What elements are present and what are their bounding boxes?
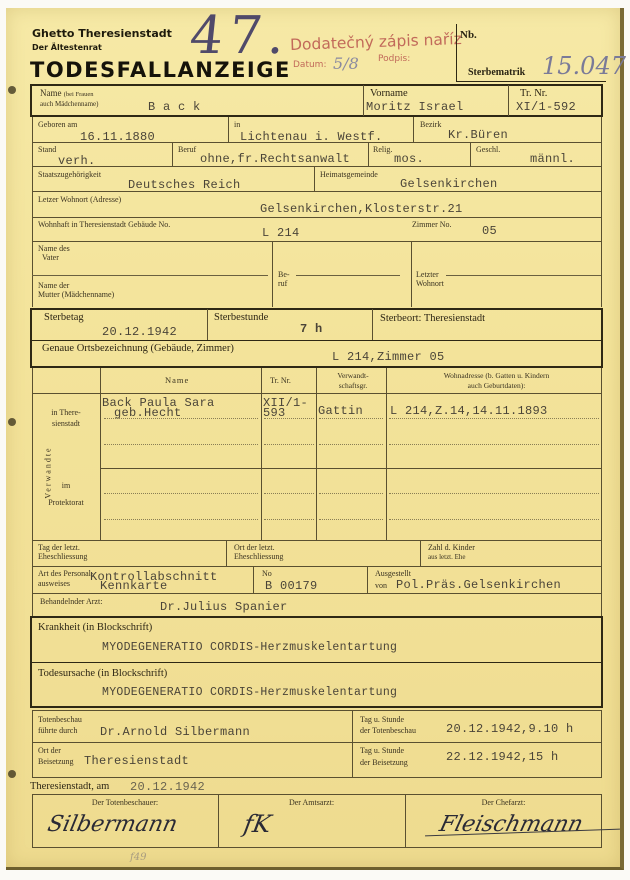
divider — [228, 117, 229, 142]
ort-beisetzung-label-1: Ort der — [38, 746, 61, 755]
geboren-label: Geboren am — [38, 120, 77, 129]
tag-beisetzung-value: 22.12.1942,15 h — [446, 750, 559, 764]
sterbetag-value: 20.12.1942 — [102, 325, 177, 339]
pencil-mark: f49 — [130, 852, 146, 863]
bezirk-value: Kr.Büren — [448, 128, 508, 142]
mutter-label-2: Mutter (Mädchenname) — [38, 290, 114, 299]
beruf-label: Beruf — [178, 145, 196, 154]
sterbestunde-label: Sterbestunde — [214, 312, 268, 324]
dotted-line — [104, 519, 258, 520]
row-line — [32, 742, 602, 743]
name-label-line2: auch Mädchenname) — [40, 100, 99, 109]
art-ausweis-value-2: Kennkarte — [100, 579, 168, 593]
vater-label-2: Vater — [42, 253, 59, 262]
row-line — [32, 710, 602, 711]
stamp-podpis-label: Podpis: — [378, 54, 410, 64]
stand-label: Stand — [38, 145, 56, 154]
left-border — [32, 540, 33, 618]
wohnhaft-label: Wohnhaft in Theresienstadt Gebäude No. — [38, 220, 170, 229]
right-border — [601, 117, 602, 307]
divider — [226, 540, 227, 566]
dotted-line — [104, 444, 258, 445]
ort-eheschliessung-label-2: Eheschliessung — [234, 552, 283, 561]
place-date-value: 20.12.1942 — [130, 780, 205, 794]
row-line — [32, 166, 602, 167]
signature-totenbeschauer: Silbermann — [45, 812, 179, 837]
trnr-label: Tr. Nr. — [520, 88, 547, 100]
geschl-value: männl. — [530, 152, 575, 166]
behandelnder-arzt-value: Dr.Julius Spanier — [160, 600, 288, 614]
col-header-wohn-1: Wohnadresse (b. Gatten u. Kindern — [394, 371, 599, 380]
punch-hole — [8, 86, 16, 94]
row-line — [32, 540, 602, 541]
dotted-line — [264, 519, 314, 520]
divider — [420, 540, 421, 566]
name-label: Name (bei Frauen — [40, 89, 94, 99]
signature-amtsarzt: fK — [242, 810, 274, 838]
divider — [368, 142, 369, 166]
row-line — [32, 393, 602, 394]
header-divider — [456, 24, 457, 82]
divider — [172, 142, 173, 166]
ausgestellt-label-2: von — [375, 581, 387, 590]
dotted-line — [104, 418, 258, 419]
kinder-label-2: aus letzt. Ehe — [428, 553, 466, 562]
col-header-verw-2: schaftsgr. — [328, 381, 378, 390]
dotted-line — [104, 493, 258, 494]
wohnhaft-value: L 214 — [262, 226, 300, 240]
art-ausweis-label-1: Art des Personal- — [38, 569, 94, 578]
id-no-label: No — [262, 569, 272, 578]
ausgestellt-value: Pol.Präs.Gelsenkirchen — [396, 578, 561, 592]
dotted-line — [389, 418, 599, 419]
parents-wohnort-label-1: Letzter — [416, 270, 439, 279]
krankheit-label: Krankheit (in Blockschrift) — [38, 622, 152, 634]
col-header-name: Name — [165, 376, 189, 385]
tag-beschau-label-2: der Totenbeschau — [360, 726, 416, 735]
trnr-value: XI/1-592 — [516, 100, 576, 114]
name-value: B a c k — [148, 100, 201, 114]
bezirk-label: Bezirk — [420, 120, 441, 129]
tag-eheschliessung-label-2: Eheschliessung — [38, 552, 87, 561]
tag-beschau-label-1: Tag u. Stunde — [360, 715, 404, 724]
dotted-line — [319, 444, 383, 445]
row-line — [296, 275, 400, 276]
vorname-value: Moritz Israel — [366, 100, 464, 114]
name-label-main: Name — [40, 88, 62, 98]
no-label: Nb. — [460, 29, 477, 41]
kinder-label-1: Zahl d. Kinder — [428, 543, 475, 552]
tag-beschau-value: 20.12.1942,9.10 h — [446, 722, 574, 736]
place-date-label: Theresienstadt, am — [30, 781, 109, 793]
right-border — [601, 710, 602, 777]
dotted-line — [264, 444, 314, 445]
staat-value: Deutsches Reich — [128, 178, 241, 192]
row-line — [446, 275, 601, 276]
divider — [508, 85, 509, 116]
tag-beisetzung-label-2: der Beisetzung — [360, 758, 408, 767]
group-theresienstadt-1: in There- — [34, 408, 98, 417]
row-line — [32, 275, 268, 276]
krankheit-value: MYODEGENERATIO CORDIS-Herzmuskelentartun… — [102, 641, 397, 654]
sterbestunde-value: 7 h — [300, 322, 323, 336]
zimmer-label: Zimmer No. — [412, 220, 452, 229]
row-line — [31, 662, 602, 663]
vorname-label: Vorname — [370, 88, 408, 100]
stamp-datum-label: Datum: — [293, 60, 326, 70]
divider — [207, 309, 208, 340]
row-line — [32, 241, 602, 242]
sterbeort-label: Sterbeort: Theresienstadt — [380, 313, 485, 325]
sig-chefarzt-label: Der Chefarzt: — [405, 798, 602, 807]
org-council: Der Ältestenrat — [32, 43, 102, 52]
id-no-value: B 00179 — [265, 579, 318, 593]
divider — [363, 85, 364, 116]
row-line — [32, 191, 602, 192]
verwandte-side-label: Verwandte — [44, 446, 53, 498]
divider — [411, 241, 412, 307]
heimat-label: Heimatsgemeinde — [320, 170, 378, 179]
row-line — [32, 217, 602, 218]
ort-beisetzung-value: Theresienstadt — [84, 754, 189, 768]
group-protektorat-2: Protektorat — [34, 498, 98, 507]
dotted-line — [319, 418, 383, 419]
genaue-label: Genaue Ortsbezeichnung (Gebäude, Zimmer) — [42, 343, 234, 355]
sig-totenbeschauer-label: Der Totenbeschauer: — [32, 798, 218, 807]
relative-adresse: L 214,Z.14,14.11.1893 — [390, 404, 548, 418]
todesursache-value: MYODEGENERATIO CORDIS-Herzmuskelentartun… — [102, 686, 397, 699]
dotted-line — [264, 493, 314, 494]
relative-verw: Gattin — [318, 404, 363, 418]
row-line — [32, 593, 602, 594]
row-line — [32, 566, 602, 567]
letzter-wohnort-label: Letzer Wohnort (Adresse) — [38, 195, 121, 204]
row-line — [32, 142, 602, 143]
divider — [367, 566, 368, 593]
art-ausweis-label-2: ausweises — [38, 579, 70, 588]
parents-beruf-label-1: Be- — [278, 270, 290, 279]
divider — [253, 566, 254, 593]
behandelnder-arzt-label: Behandelnder Arzt: — [40, 597, 102, 606]
ausgestellt-label-1: Ausgestellt — [375, 569, 411, 578]
in-label: in — [234, 120, 240, 129]
beruf-value: ohne,fr.Rechtsanwalt — [200, 152, 350, 166]
totenbeschau-label-1: Totenbeschau — [38, 715, 82, 724]
dotted-line — [319, 519, 383, 520]
heimat-value: Gelsenkirchen — [400, 177, 498, 191]
staat-label: Staatszugehörigkeit — [38, 170, 101, 179]
punch-hole — [8, 418, 16, 426]
col-header-verw-1: Verwandt- — [328, 371, 378, 380]
divider — [413, 117, 414, 142]
sig-amtsarzt-label: Der Amtsarzt: — [218, 798, 405, 807]
divider — [314, 166, 315, 191]
right-border — [601, 540, 602, 618]
tag-beisetzung-label-1: Tag u. Stunde — [360, 746, 404, 755]
vater-label-1: Name des — [38, 244, 70, 253]
sterbematrik-value: 15.047 — [542, 52, 626, 80]
row-line — [100, 468, 602, 469]
stamp-datum-value: 5/8 — [333, 54, 359, 73]
handwritten-number: 47. — [187, 6, 294, 66]
row-line — [32, 777, 602, 778]
dotted-line — [389, 519, 599, 520]
left-border — [32, 117, 33, 307]
totenbeschau-label-2: führte durch — [38, 726, 77, 735]
header-divider-h — [456, 81, 606, 82]
parents-wohnort-label-2: Wohnort — [416, 279, 444, 288]
divider — [272, 241, 273, 307]
todesursache-label: Todesursache (in Blockschrift) — [38, 668, 167, 680]
punch-hole — [8, 770, 16, 778]
mutter-label-1: Name der — [38, 281, 69, 290]
group-theresienstadt-2: sienstadt — [34, 419, 98, 428]
left-border — [32, 710, 33, 777]
geschl-label: Geschl. — [476, 145, 500, 154]
col-header-wohn-2: auch Geburtdaten): — [394, 381, 599, 390]
zimmer-value: 05 — [482, 224, 497, 238]
dotted-line — [319, 493, 383, 494]
sterbematrik-label: Sterbematrik — [468, 67, 525, 78]
col-header-trnr: Tr. Nr. — [270, 376, 291, 385]
totenbeschau-value: Dr.Arnold Silbermann — [100, 725, 250, 739]
name-label-small: (bei Frauen — [64, 91, 94, 98]
relig-label: Relig. — [373, 145, 392, 154]
sterbetag-label: Sterbetag — [44, 312, 84, 324]
divider — [372, 309, 373, 340]
dotted-line — [389, 493, 599, 494]
letzter-wohnort-value: Gelsenkirchen,Klosterstr.21 — [260, 202, 463, 216]
divider — [470, 142, 471, 166]
relig-value: mos. — [394, 152, 424, 166]
tag-eheschliessung-label-1: Tag der letzt. — [38, 543, 80, 552]
org-name: Ghetto Theresienstadt — [32, 27, 172, 40]
dotted-line — [389, 444, 599, 445]
genaue-value: L 214,Zimmer 05 — [332, 350, 445, 364]
divider — [352, 710, 353, 777]
dotted-line — [264, 418, 314, 419]
ort-eheschliessung-label-1: Ort der letzt. — [234, 543, 275, 552]
ort-beisetzung-label-2: Beisetzung — [38, 757, 74, 766]
row-line — [31, 340, 602, 341]
parents-beruf-label-2: ruf — [278, 279, 287, 288]
